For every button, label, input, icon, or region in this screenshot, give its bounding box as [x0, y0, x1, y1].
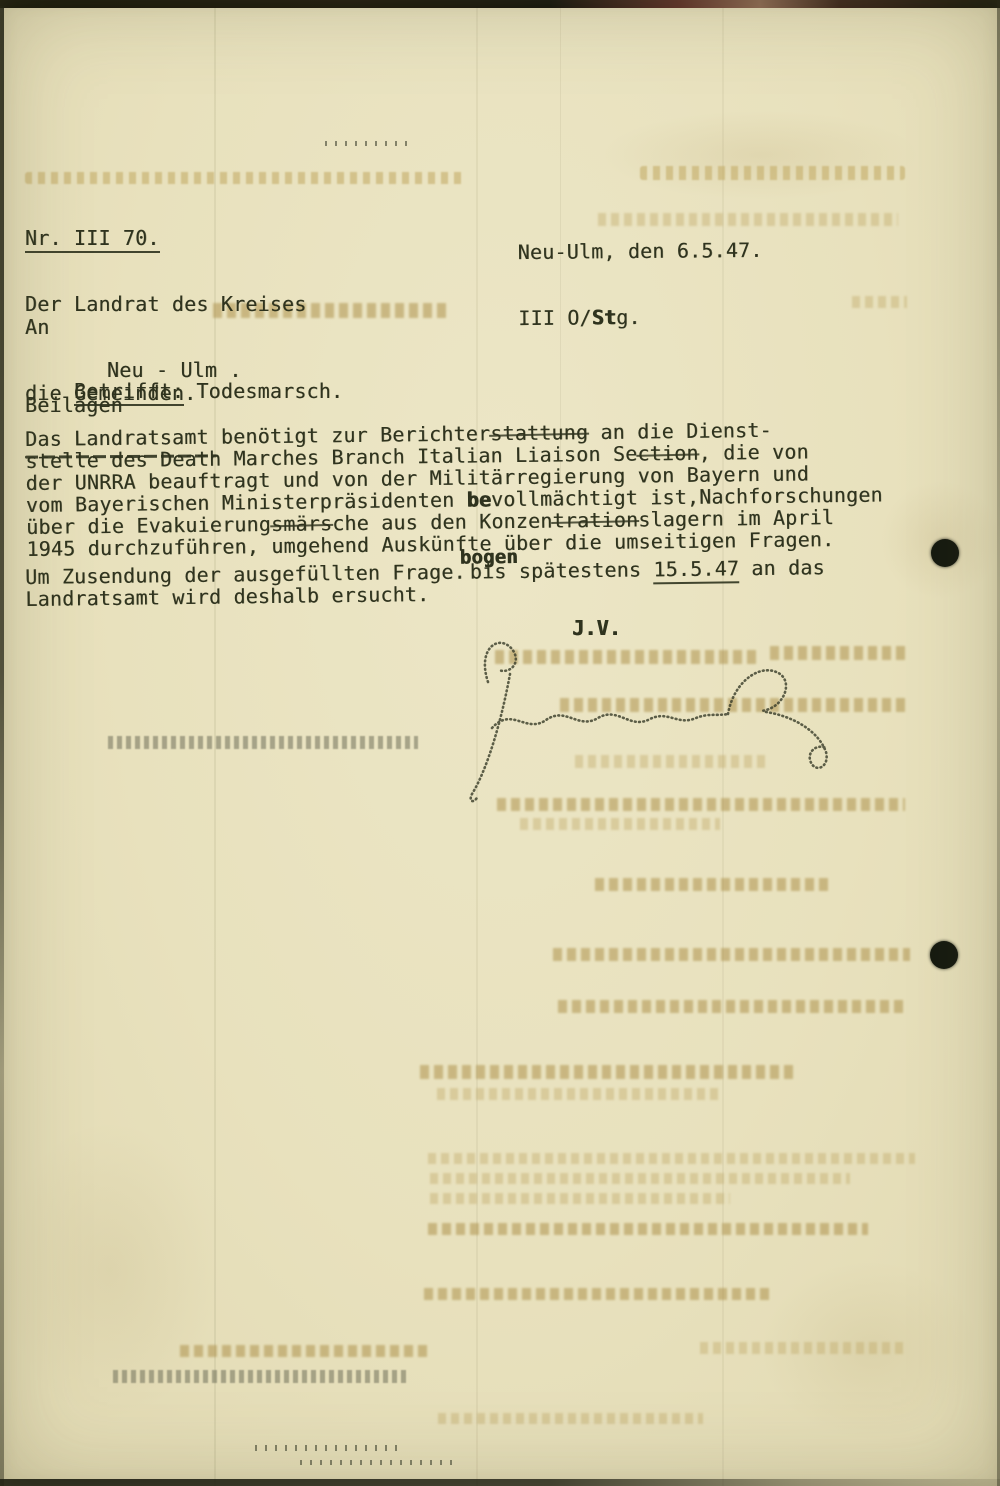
scan-edge-top	[0, 0, 1000, 8]
punch-hole	[931, 539, 959, 567]
scanned-letter-page: Nr. III 70. Der Landrat des Kreises Neu …	[0, 0, 1000, 1486]
scan-edge-left	[0, 6, 4, 1486]
punch-hole-layer	[0, 0, 1000, 1486]
punch-hole	[930, 941, 958, 969]
scan-edge-bottom	[0, 1479, 1000, 1486]
